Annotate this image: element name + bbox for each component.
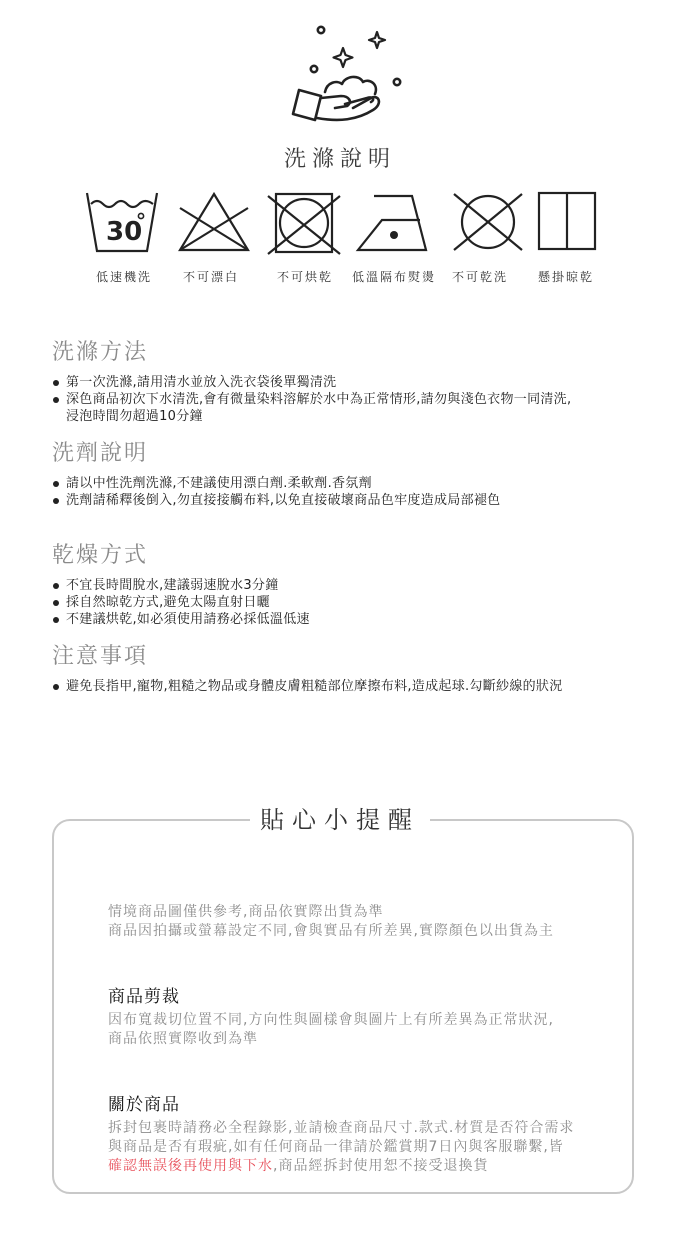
wash-30-degree-icon: 30 (84, 190, 160, 254)
section-drying: 乾燥方式 不宜長時間脫水,建議弱速脫水3分鐘 採自然晾乾方式,避免太陽直射日曬 … (52, 538, 652, 628)
low-iron-icon (354, 190, 434, 254)
tip-text-line: 商品因拍攝或螢幕設定不同,會與實品有所差異,實際顏色以出貨為主 (108, 922, 638, 941)
section-detergent: 洗劑說明 請以中性洗劑洗滌,不建議使用漂白劑.柔軟劑.香氛劑 洗劑請稀釋後倒入,… (52, 436, 652, 509)
tip-heading: 商品剪裁 (108, 982, 638, 1007)
section-notes: 注意事項 避免長指甲,寵物,粗糙之物品或身體皮膚粗糙部位摩擦布料,造成起球.勾斷… (52, 639, 652, 695)
care-label: 不可乾洗 (452, 268, 508, 285)
care-label: 不可漂白 (183, 268, 239, 285)
bullet-list: 請以中性洗劑洗滌,不建議使用漂白劑.柔軟劑.香氛劑 洗劑請稀釋後倒入,勿直接接觸… (52, 475, 652, 509)
tip-text-line: 確認無誤後再使用與下水,商品經拆封使用恕不接受退換貨 (108, 1157, 638, 1176)
list-item: 不宜長時間脫水,建議弱速脫水3分鐘 (52, 577, 652, 594)
no-dry-clean-icon (450, 190, 526, 254)
section-title: 乾燥方式 (52, 538, 652, 569)
list-item: 請以中性洗劑洗滌,不建議使用漂白劑.柔軟劑.香氛劑 (52, 475, 652, 492)
tip-text-line: 與商品是否有瑕疵,如有任何商品一律請於鑑賞期7日內與客服聯繫,皆 (108, 1138, 638, 1157)
highlight-warning: 確認無誤後再使用與下水 (108, 1158, 273, 1174)
list-item: 避免長指甲,寵物,粗糙之物品或身體皮膚粗糙部位摩擦布料,造成起球.勾斷紗線的狀況 (52, 678, 652, 695)
section-wash-method: 洗滌方法 第一次洗滌,請用清水並放入洗衣袋後單獨清洗 深色商品初次下水清洗,會有… (52, 335, 652, 425)
tip-text-line: 因布寬裁切位置不同,方向性與圖樣會與圖片上有所差異為正常狀況, (108, 1011, 638, 1030)
tip-text-tail: ,商品經拆封使用恕不接受退換貨 (273, 1158, 488, 1174)
bullet-list: 第一次洗滌,請用清水並放入洗衣袋後單獨清洗 深色商品初次下水清洗,會有微量染料溶… (52, 374, 652, 425)
section-title: 洗劑說明 (52, 436, 652, 467)
section-title: 洗滌方法 (52, 335, 652, 366)
tip-cutting: 商品剪裁 因布寬裁切位置不同,方向性與圖樣會與圖片上有所差異為正常狀況, 商品依… (108, 982, 638, 1049)
no-bleach-icon (176, 190, 252, 254)
tips-title: 貼心小提醒 (0, 800, 680, 835)
list-item: 不建議烘乾,如必須使用請務必採低溫低速 (52, 611, 652, 628)
section-title: 注意事項 (52, 639, 652, 670)
no-tumble-dry-icon (266, 190, 342, 256)
svg-text:30: 30 (106, 217, 142, 247)
tip-text-line: 商品依照實際收到為準 (108, 1030, 638, 1049)
list-item: 第一次洗滌,請用清水並放入洗衣袋後單獨清洗 (52, 374, 652, 391)
list-item: 採自然晾乾方式,避免太陽直射日曬 (52, 594, 652, 611)
list-item: 洗劑請稀釋後倒入,勿直接接觸布料,以免直接破壞商品色牢度造成局部褪色 (52, 492, 652, 509)
bullet-list: 不宜長時間脫水,建議弱速脫水3分鐘 採自然晾乾方式,避免太陽直射日曬 不建議烘乾… (52, 577, 652, 628)
list-item: 深色商品初次下水清洗,會有微量染料溶解於水中為正常情形,請勿與淺色衣物一同清洗,… (52, 391, 652, 425)
hang-dry-icon (536, 190, 598, 254)
tip-text-line: 情境商品圖僅供參考,商品依實際出貨為準 (108, 903, 638, 922)
tip-about-product: 關於商品 拆封包裹時請務必全程錄影,並請檢查商品尺寸.款式.材質是否符合需求 與… (108, 1090, 638, 1176)
tip-intro: 情境商品圖僅供參考,商品依實際出貨為準 商品因拍攝或螢幕設定不同,會與實品有所差… (108, 903, 638, 941)
care-symbols-row: 30 (84, 190, 624, 260)
care-label: 不可烘乾 (277, 268, 333, 285)
care-label: 低溫隔布熨燙 (352, 268, 436, 285)
page-title: 洗滌說明 (0, 142, 680, 173)
bullet-list: 避免長指甲,寵物,粗糙之物品或身體皮膚粗糙部位摩擦布料,造成起球.勾斷紗線的狀況 (52, 678, 652, 695)
care-labels: 低速機洗 不可漂白 不可烘乾 低溫隔布熨燙 不可乾洗 懸掛晾乾 (0, 268, 680, 288)
tip-heading: 關於商品 (108, 1090, 638, 1115)
tips-title-text: 貼心小提醒 (250, 800, 430, 835)
care-label: 懸掛晾乾 (538, 268, 594, 285)
hand-washing-icon (287, 22, 407, 130)
tip-text-line: 拆封包裹時請務必全程錄影,並請檢查商品尺寸.款式.材質是否符合需求 (108, 1119, 638, 1138)
care-label: 低速機洗 (96, 268, 152, 285)
